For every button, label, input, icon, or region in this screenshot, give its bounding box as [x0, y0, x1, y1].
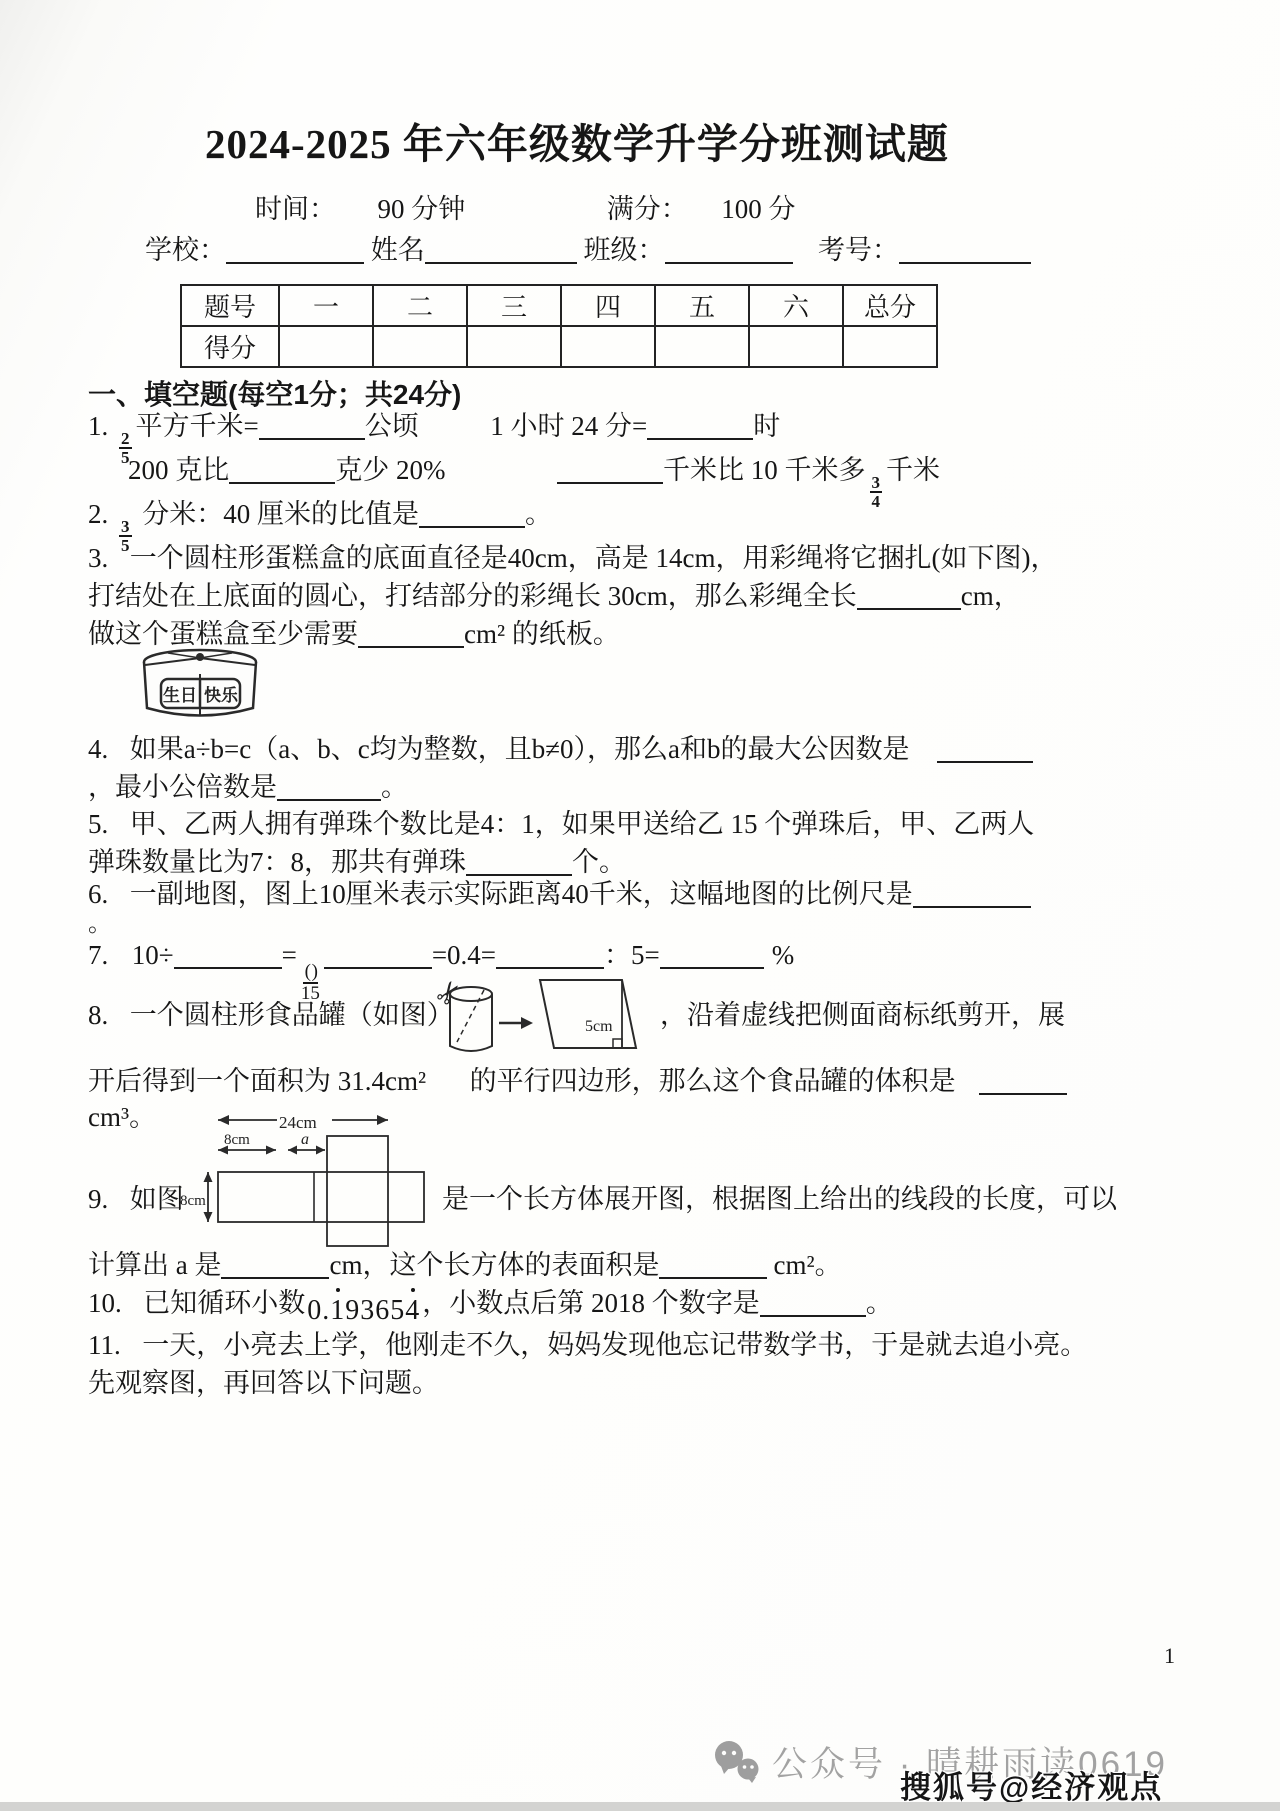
question-text: 分米：40 厘米的比值是: [142, 499, 419, 529]
question-4-line-1: 4. 如果a÷b=c（a、b、c均为整数，且b≠0），那么a和b的最大公因数是: [88, 732, 1033, 767]
question-9-line-2: 计算出 a 是cm，这个长方体的表面积是cm²。: [88, 1248, 842, 1283]
question-number: 4.: [88, 734, 108, 764]
question-text: 弹珠数量比为7：8，那共有弹珠: [88, 847, 466, 877]
score-table-cell: 一: [279, 285, 373, 326]
question-number: 6.: [88, 879, 108, 909]
exam-page: 2024-2025 年六年级数学升学分班测试题 时间： 90 分钟 满分： 10…: [0, 0, 1280, 1811]
question-text: 甲、乙两人拥有弹珠个数比是4：1，如果甲送给乙 15 个弹珠后，甲、乙两人: [130, 809, 1035, 839]
question-text: ，沿着虚线把侧面商标纸剪开，展: [660, 1000, 1065, 1030]
repeating-decimal: 0.193654: [307, 1293, 420, 1329]
question-text: 一个圆柱形蛋糕盒的底面直径是40cm，高是 14cm，用彩绳将它捆扎(如下图)，: [130, 543, 1058, 573]
answer-blank: [660, 940, 764, 969]
cylinder-label-figure: ✂ 5cm: [433, 968, 651, 1068]
class-blank: [665, 235, 793, 264]
answer-blank: [419, 499, 525, 528]
question-text: =: [282, 940, 297, 970]
question-text: 的平行四边形，那么这个食品罐的体积是: [470, 1066, 956, 1096]
score-table-score-row: 得分: [181, 326, 937, 367]
question-text: 千米: [886, 455, 940, 485]
full-score-value: 100 分: [721, 194, 795, 224]
question-text: 计算出 a 是: [88, 1250, 221, 1280]
school-blank: [226, 235, 364, 264]
question-3-line-1: 3. 一个圆柱形蛋糕盒的底面直径是40cm，高是 14cm，用彩绳将它捆扎(如下…: [88, 541, 1057, 576]
dim-24cm-label: 24cm: [279, 1113, 317, 1132]
cake-label-left: 生日: [163, 685, 197, 705]
score-table-cell: 三: [467, 285, 561, 326]
class-label: 班级：: [584, 235, 665, 265]
score-table-empty-cell: [467, 326, 561, 367]
question-text: ，最小公倍数是: [88, 772, 277, 802]
question-text: 一个圆柱形食品罐（如图）: [130, 1000, 454, 1030]
scissors-icon: ✂: [433, 973, 470, 1013]
question-5-line-2: 弹珠数量比为7：8，那共有弹珠个。: [88, 845, 626, 880]
question-3-line-2: 打结处在上底面的圆心，打结部分的彩绳长 30cm，那么彩绳全长cm，: [88, 579, 1021, 614]
right-angle-mark: [613, 1039, 622, 1048]
question-text: 如果a÷b=c（a、b、c均为整数，且b≠0），那么a和b的最大公因数是: [130, 734, 910, 764]
question-text: 克少 20%: [335, 455, 445, 485]
fraction-3-4: 34: [870, 474, 883, 512]
cake-label-right: 快乐: [204, 685, 239, 705]
dim-8cm-top-label: 8cm: [224, 1132, 250, 1148]
question-text: 一副地图，图上10厘米表示实际距离40千米，这幅地图的比例尺是: [130, 879, 913, 909]
question-number: 9.: [88, 1184, 108, 1214]
repeating-digit: 4: [405, 1295, 420, 1326]
question-text: 200 克比: [128, 455, 229, 485]
time-label: 时间：: [255, 194, 336, 224]
question-9-line-1a: 9. 如图: [88, 1182, 184, 1217]
answer-blank: [979, 1066, 1067, 1095]
student-info-line: 学校： 姓名 班级： 考号：: [145, 233, 1031, 268]
answer-blank: [937, 734, 1033, 763]
answer-blank: [229, 455, 335, 484]
answer-blank: [259, 411, 365, 440]
question-number: 5.: [88, 809, 108, 839]
score-table-empty-cell: [749, 326, 843, 367]
answer-blank: [466, 847, 572, 876]
question-text: 平方千米=: [136, 411, 259, 441]
score-table-cell: 得分: [181, 326, 279, 367]
question-8-line-1a: 8. 一个圆柱形食品罐（如图）: [88, 998, 454, 1033]
score-table-empty-cell: [279, 326, 373, 367]
question-4-line-2: ，最小公倍数是。: [88, 770, 408, 805]
answer-blank: [358, 619, 464, 648]
box-net-figure: 24cm 8cm a 8cm: [180, 1110, 432, 1250]
question-text: 。: [525, 499, 552, 529]
cake-box-figure: 生日 快乐: [128, 646, 273, 726]
question-text: 时: [753, 411, 780, 441]
question-text: 10÷: [132, 940, 174, 970]
meta-line: 时间： 90 分钟 满分： 100 分: [255, 192, 796, 227]
question-text: 已知循环小数: [143, 1288, 305, 1318]
score-table: 题号 一 二 三 四 五 六 总分 得分: [180, 284, 938, 368]
score-table-cell: 二: [373, 285, 467, 326]
exam-title: 2024-2025 年六年级数学升学分班测试题: [205, 118, 949, 171]
question-text: cm³。: [88, 1102, 156, 1132]
score-table-empty-cell: [373, 326, 467, 367]
question-text: 千米比 10 千米多: [663, 455, 866, 485]
score-table-cell: 四: [561, 285, 655, 326]
question-number: 3.: [88, 543, 108, 573]
question-text: 。: [381, 772, 408, 802]
score-table-header-row: 题号 一 二 三 四 五 六 总分: [181, 285, 937, 326]
question-5-line-1: 5. 甲、乙两人拥有弹珠个数比是4：1，如果甲送给乙 15 个弹珠后，甲、乙两人: [88, 807, 1034, 842]
question-text: cm² 的纸板。: [464, 619, 620, 649]
question-text: cm²。: [773, 1250, 841, 1280]
question-8-line-1b: ，沿着虚线把侧面商标纸剪开，展: [660, 998, 1065, 1033]
question-10: 10. 已知循环小数0.193654，小数点后第 2018 个数字是。: [88, 1286, 893, 1322]
wechat-icon: [712, 1740, 764, 1786]
question-text: 开后得到一个面积为 31.4cm²: [88, 1066, 426, 1096]
answer-blank: [659, 1250, 767, 1279]
question-text: ，小数点后第 2018 个数字是: [422, 1288, 760, 1318]
question-11-line-2: 先观察图，再回答以下问题。: [88, 1366, 439, 1401]
question-text: 1 小时 24 分=: [490, 411, 647, 441]
question-8-line-2: 开后得到一个面积为 31.4cm² 的平行四边形，那么这个食品罐的体积是: [88, 1064, 1067, 1099]
answer-blank: [496, 940, 604, 969]
question-9-line-1b: 是一个长方体展开图，根据图上给出的线段的长度，可以: [442, 1182, 1117, 1217]
answer-blank: [221, 1250, 329, 1279]
score-table-cell: 五: [655, 285, 749, 326]
repeating-digit: 1: [330, 1295, 345, 1326]
answer-blank: [277, 772, 381, 801]
full-score-label: 满分：: [607, 194, 688, 224]
question-number: 11.: [88, 1330, 121, 1360]
answer-blank: [324, 940, 432, 969]
question-text: 做这个蛋糕盒至少需要: [88, 619, 358, 649]
arrow-right-icon: [521, 1017, 533, 1029]
question-text: 是一个长方体展开图，根据图上给出的线段的长度，可以: [442, 1184, 1117, 1214]
question-number: 1.: [88, 411, 108, 441]
question-text: =0.4=: [432, 940, 496, 970]
question-11-line-1: 11. 一天，小亮去上学，他刚走不久，妈妈发现他忘记带数学书，于是就去追小亮。: [88, 1328, 1087, 1363]
score-table-empty-cell: [843, 326, 937, 367]
answer-blank: [913, 879, 1031, 908]
score-table-empty-cell: [655, 326, 749, 367]
height-label: 5cm: [585, 1018, 613, 1035]
answer-blank: [857, 581, 961, 610]
score-table-cell: 题号: [181, 285, 279, 326]
ribbon-knot: [196, 653, 204, 661]
name-label: 姓名: [371, 235, 425, 265]
question-number: 7.: [88, 940, 108, 970]
question-text: 公顷: [365, 411, 419, 441]
answer-blank: [557, 455, 663, 484]
question-text: cm，: [961, 581, 1021, 611]
score-table-empty-cell: [561, 326, 655, 367]
question-number: 10.: [88, 1288, 122, 1318]
section-1-heading: 一、填空题(每空1分；共24分): [88, 377, 461, 413]
answer-blank: [647, 411, 753, 440]
question-8-line-3: cm³。: [88, 1100, 156, 1135]
examno-label: 考号：: [818, 235, 899, 265]
question-text: 先观察图，再回答以下问题。: [88, 1368, 439, 1398]
question-text: 。: [88, 911, 112, 937]
score-table-cell: 六: [749, 285, 843, 326]
school-label: 学校：: [145, 235, 226, 265]
time-value: 90 分钟: [378, 194, 466, 224]
question-number: 2.: [88, 499, 108, 529]
answer-blank: [174, 940, 282, 969]
question-6-line-1: 6. 一副地图，图上10厘米表示实际距离40千米，这幅地图的比例尺是: [88, 877, 1031, 912]
question-6-line-2: 。: [88, 909, 112, 940]
question-text: %: [772, 940, 795, 970]
dim-a-label: a: [301, 1131, 309, 1148]
name-blank: [425, 235, 577, 264]
question-text: 一天，小亮去上学，他刚走不久，妈妈发现他忘记带数学书，于是就去追小亮。: [142, 1330, 1087, 1360]
answer-blank: [760, 1288, 866, 1317]
page-number: 1: [1164, 1642, 1175, 1671]
question-text: ：5=: [604, 940, 660, 970]
scan-edge-strip: [0, 1802, 1280, 1811]
question-text: 个。: [572, 847, 626, 877]
score-table-cell: 总分: [843, 285, 937, 326]
question-text: 。: [866, 1288, 893, 1318]
dim-8cm-left-label: 8cm: [180, 1193, 206, 1209]
question-text: 打结处在上底面的圆心，打结部分的彩绳长 30cm，那么彩绳全长: [88, 581, 857, 611]
question-text: cm，这个长方体的表面积是: [329, 1250, 659, 1280]
examno-blank: [899, 235, 1031, 264]
question-text: 如图: [130, 1184, 184, 1214]
question-number: 8.: [88, 1000, 108, 1030]
